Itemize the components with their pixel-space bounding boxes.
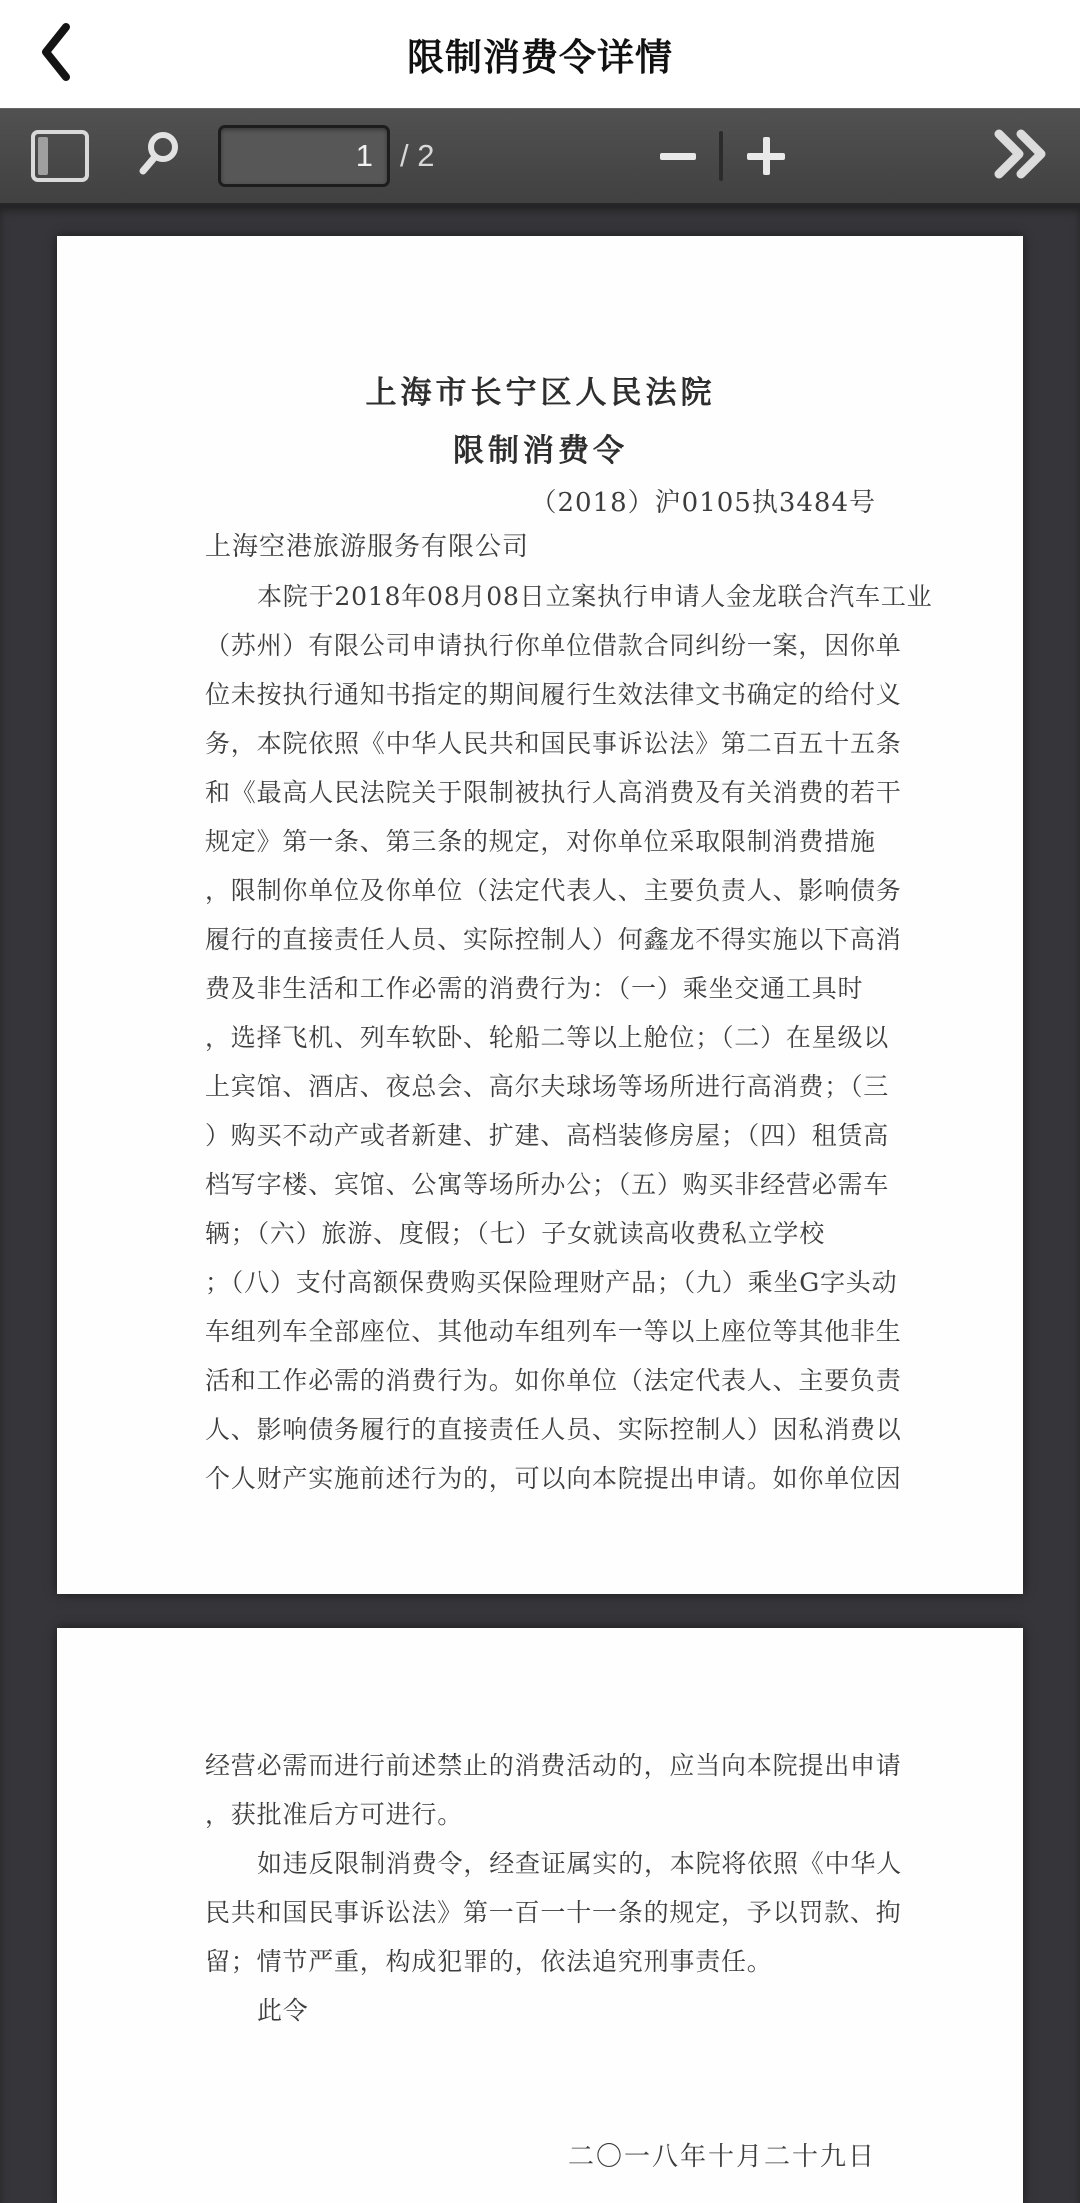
toggle-sidebar-icon <box>31 130 89 182</box>
document-line: 个人财产实施前述行为的，可以向本院提出申请。如你单位因 <box>205 1454 876 1503</box>
minus-icon <box>660 153 696 160</box>
document-line: 档写字楼、宾馆、公寓等场所办公；（五）购买非经营必需车 <box>205 1160 876 1209</box>
page-title: 限制消费令详情 <box>407 27 673 81</box>
addressee-company: 上海空港旅游服务有限公司 <box>205 525 876 569</box>
document-line: 规定》第一条、第三条的规定，对你单位采取限制消费措施 <box>205 817 876 866</box>
document-line: 辆；（六）旅游、度假；（七）子女就读高收费私立学校 <box>205 1209 876 1258</box>
document-line: 如违反限制消费令，经查证属实的，本院将依照《中华人 <box>205 1839 876 1888</box>
document-line: ）购买不动产或者新建、扩建、高档装修房屋；（四）租赁高 <box>205 1111 876 1160</box>
search-button[interactable] <box>130 126 190 186</box>
document-line: ，获批准后方可进行。 <box>205 1790 876 1839</box>
case-number: （2018）沪0105执3484号 <box>205 481 876 525</box>
page2-body: 经营必需而进行前述禁止的消费活动的，应当向本院提出申请，获批准后方可进行。如违反… <box>205 1741 876 2035</box>
zoom-out-button[interactable] <box>648 126 708 186</box>
document-line: 留；情节严重，构成犯罪的，依法追究刑事责任。 <box>205 1937 876 1986</box>
document-line: 民共和国民事诉讼法》第一百一十一条的规定，予以罚款、拘 <box>205 1888 876 1937</box>
screen: 限制消费令详情 / 2 <box>0 0 1080 2203</box>
search-icon <box>137 130 183 183</box>
document-title: 限制消费令 <box>205 429 876 473</box>
document-line: 位未按执行通知书指定的期间履行生效法律文书确定的给付义 <box>205 670 876 719</box>
pdf-viewer[interactable]: 上海市长宁区人民法院 限制消费令 （2018）沪0105执3484号 上海空港旅… <box>0 205 1080 2203</box>
document-line: ，限制你单位及你单位（法定代表人、主要负责人、影响债务 <box>205 866 876 915</box>
court-name: 上海市长宁区人民法院 <box>205 371 876 415</box>
back-button[interactable] <box>28 14 84 94</box>
page-number-input[interactable] <box>218 125 390 187</box>
document-line: 上宾馆、酒店、夜总会、高尔夫球场等场所进行高消费；（三 <box>205 1062 876 1111</box>
toolbar-divider <box>719 131 723 181</box>
toolbar-more-button[interactable] <box>988 124 1052 188</box>
document-line: 人、影响债务履行的直接责任人员、实际控制人）因私消费以 <box>205 1405 876 1454</box>
plus-icon <box>747 137 785 175</box>
chevron-left-icon <box>36 19 76 90</box>
document-line: 经营必需而进行前述禁止的消费活动的，应当向本院提出申请 <box>205 1741 876 1790</box>
pdf-page-2: 经营必需而进行前述禁止的消费活动的，应当向本院提出申请，获批准后方可进行。如违反… <box>57 1628 1023 2203</box>
document-line: 车组列车全部座位、其他动车组列车一等以上座位等其他非生 <box>205 1307 876 1356</box>
document-line: 本院于2018年08月08日立案执行申请人金龙联合汽车工业 <box>205 572 876 621</box>
document-date: 二〇一八年十月二十九日 <box>205 2135 876 2179</box>
app-header: 限制消费令详情 <box>0 0 1080 108</box>
pdf-toolbar: / 2 <box>0 108 1080 205</box>
pdf-page-1: 上海市长宁区人民法院 限制消费令 （2018）沪0105执3484号 上海空港旅… <box>57 236 1023 1594</box>
zoom-in-button[interactable] <box>736 126 796 186</box>
document-line: 和《最高人民法院关于限制被执行人高消费及有关消费的若干 <box>205 768 876 817</box>
document-line: 活和工作必需的消费行为。如你单位（法定代表人、主要负责 <box>205 1356 876 1405</box>
document-line: （苏州）有限公司申请执行你单位借款合同纠纷一案，因你单 <box>205 621 876 670</box>
document-line: 费及非生活和工作必需的消费行为：（一）乘坐交通工具时 <box>205 964 876 1013</box>
toggle-sidebar-button[interactable] <box>30 126 90 186</box>
document-line: ，选择飞机、列车软卧、轮船二等以上舱位；（二）在星级以 <box>205 1013 876 1062</box>
document-line: 履行的直接责任人员、实际控制人）何鑫龙不得实施以下高消 <box>205 915 876 964</box>
document-line: 此令 <box>205 1986 876 2035</box>
double-chevron-right-icon <box>991 128 1049 185</box>
document-line: ；（八）支付高额保费购买保险理财产品；（九）乘坐G字头动 <box>205 1258 876 1307</box>
document-line: 务，本院依照《中华人民共和国民事诉讼法》第二百五十五条 <box>205 719 876 768</box>
page-count-label: / 2 <box>400 138 434 174</box>
page1-body: 本院于2018年08月08日立案执行申请人金龙联合汽车工业（苏州）有限公司申请执… <box>205 572 876 1503</box>
